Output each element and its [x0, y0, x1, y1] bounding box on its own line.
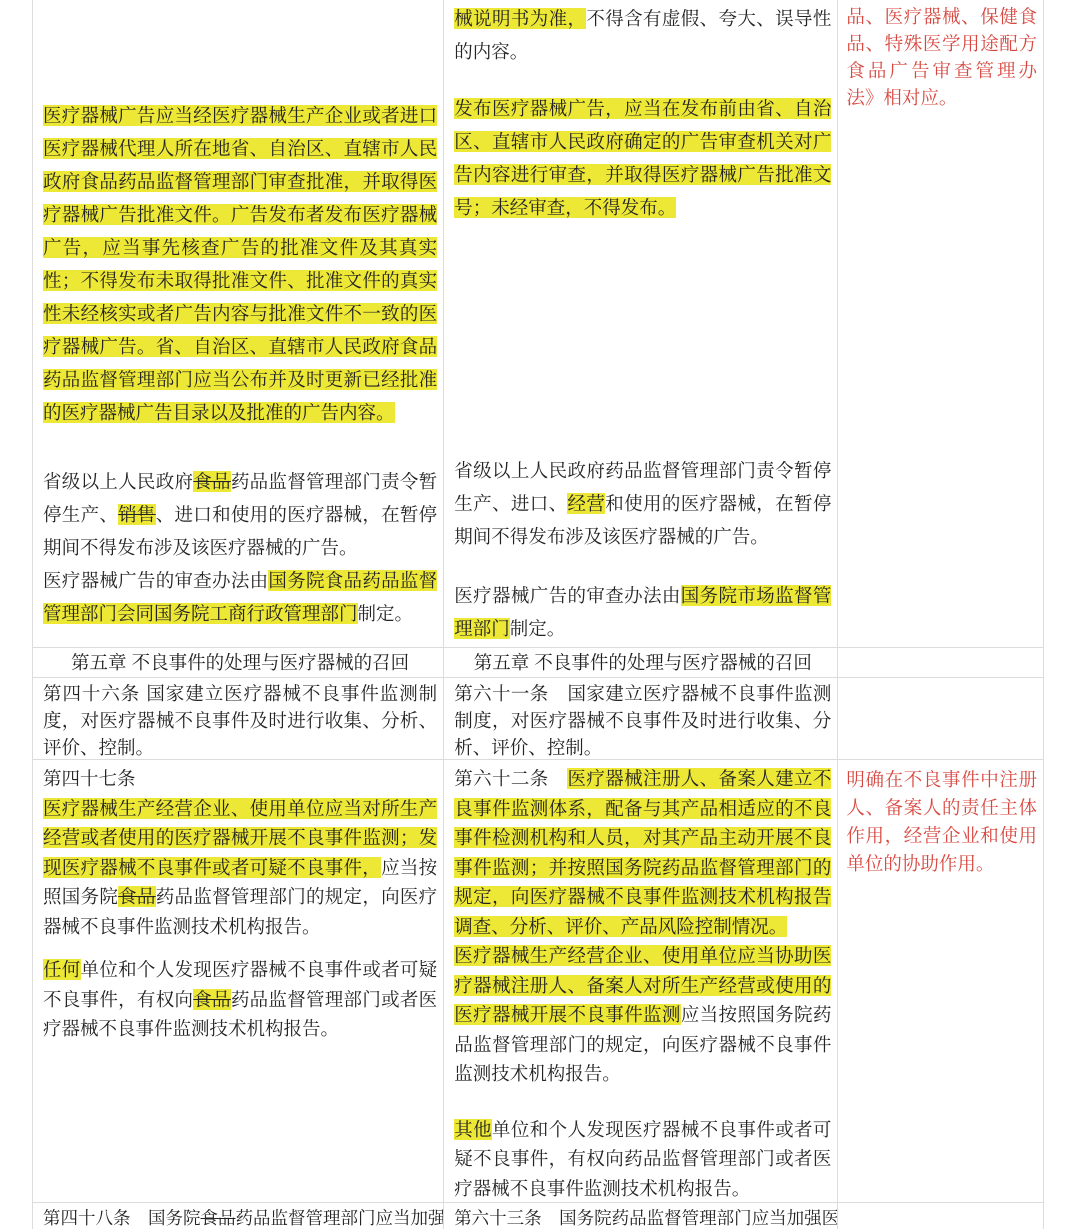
paragraph: 第五章 不良事件的处理与医疗器械的召回: [454, 649, 831, 676]
annotation-text: 明确在不良事件中注册人、备案人的责任主体作用，经营企业和使用单位的协助作用。: [846, 769, 1037, 874]
text-segment: 制定。: [358, 603, 414, 624]
text-segment: 第四十六条 国家建立医疗器械不良事件监测制度，对医疗器械不良事件及时进行收集、分…: [43, 683, 437, 758]
text-segment: 制定。: [510, 618, 566, 639]
cell-row-chapter-heading-old_law: 第五章 不良事件的处理与医疗器械的召回: [33, 648, 443, 677]
paragraph: 第六十一条 国家建立医疗器械不良事件监测制度，对医疗器械不良事件及时进行收集、分…: [454, 680, 831, 759]
paragraph: 医疗器械广告应当经医疗器械生产企业或者进口医疗器械代理人所在地省、自治区、直辖市…: [43, 99, 437, 429]
row-article-47-62: 第四十七条医疗器械生产经营企业、使用单位应当对所生产经营或者使用的医疗器械开展不…: [33, 760, 1043, 1203]
cell-row-article-48-63-old_law: 第四十八条 国务院食品药品监督管理部门应当加强: [33, 1203, 443, 1229]
highlighted-text: 发布医疗器械广告，应当在发布前由省、自治区、直辖市人民政府确定的广告审查机关对广…: [454, 98, 831, 218]
paragraph: 第五章 不良事件的处理与医疗器械的召回: [43, 649, 437, 676]
struck-text: 销售: [118, 504, 156, 525]
cell-row-article-47-62-comment: 明确在不良事件中注册人、备案人的责任主体作用，经营企业和使用单位的协助作用。: [837, 760, 1043, 1202]
cell-row-article-47-62-old_law: 第四十七条医疗器械生产经营企业、使用单位应当对所生产经营或者使用的医疗器械开展不…: [33, 760, 443, 1202]
row-article-46-61: 第四十六条 国家建立医疗器械不良事件监测制度，对医疗器械不良事件及时进行收集、分…: [33, 678, 1043, 760]
paragraph: 医疗器械广告的审查办法由国务院市场监督管理部门制定。: [454, 579, 831, 645]
highlighted-text: 械说明书为准，: [454, 8, 586, 29]
highlighted-text: 医疗器械广告应当经医疗器械生产企业或者进口医疗器械代理人所在地省、自治区、直辖市…: [43, 105, 437, 423]
paragraph: 第四十六条 国家建立医疗器械不良事件监测制度，对医疗器械不良事件及时进行收集、分…: [43, 680, 437, 759]
text-segment: 第五章 不良事件的处理与医疗器械的召回: [71, 652, 409, 673]
cell-row-article-46-61-new_law: 第六十一条 国家建立医疗器械不良事件监测制度，对医疗器械不良事件及时进行收集、分…: [443, 678, 837, 759]
paragraph: 其他单位和个人发现医疗器械不良事件或者可疑不良事件，有权向药品监督管理部门或者医…: [454, 1115, 831, 1203]
paragraph: 品、医疗器械、保健食品、特殊医学用途配方食品广告审查管理办法》相对应。: [846, 3, 1037, 111]
highlighted-text: 其他: [454, 1119, 492, 1140]
struck-text: 食品: [201, 1208, 236, 1228]
cell-row-article-48-63-new_law: 第六十三条 国务院药品监督管理部门应当加强医: [443, 1203, 837, 1229]
blank-space: [454, 553, 831, 579]
text-segment: 医疗器械广告的审查办法由: [43, 570, 268, 591]
text-segment: 第四十七条: [43, 768, 136, 789]
cell-row-chapter-heading-new_law: 第五章 不良事件的处理与医疗器械的召回: [443, 648, 837, 677]
blank-space: [43, 941, 437, 955]
text-segment: 第六十三条 国务院药品监督管理部门应当加强医: [454, 1208, 837, 1228]
highlighted-text: 经营: [567, 493, 605, 514]
paragraph: 械说明书为准，不得含有虚假、夸大、误导性的内容。: [454, 2, 831, 68]
comparison-table: 医疗器械广告应当经医疗器械生产企业或者进口医疗器械代理人所在地省、自治区、直辖市…: [32, 0, 1044, 1229]
row-advertising: 医疗器械广告应当经医疗器械生产企业或者进口医疗器械代理人所在地省、自治区、直辖市…: [33, 0, 1043, 648]
text-segment: 药品监督管理部门应当加强: [236, 1208, 444, 1228]
blank-space: [454, 1089, 831, 1115]
paragraph: 医疗器械生产经营企业、使用单位应当协助医疗器械注册人、备案人对所生产经营或使用的…: [454, 941, 831, 1089]
cell-row-advertising-old_law: 医疗器械广告应当经医疗器械生产企业或者进口医疗器械代理人所在地省、自治区、直辖市…: [33, 0, 443, 647]
paragraph: 第四十八条 国务院食品药品监督管理部门应当加强: [43, 1206, 437, 1229]
text-segment: 第六十一条 国家建立医疗器械不良事件监测制度，对医疗器械不良事件及时进行收集、分…: [454, 683, 831, 758]
paragraph: 省级以上人民政府食品药品监督管理部门责令暂停生产、销售、进口和使用的医疗器械，在…: [43, 465, 437, 564]
text-segment: 医疗器械广告的审查办法由: [454, 585, 681, 606]
blank-space: [43, 2, 437, 99]
paragraph: 任何单位和个人发现医疗器械不良事件或者可疑不良事件，有权向食品药品监督管理部门或…: [43, 955, 437, 1044]
paragraph: 第六十二条 医疗器械注册人、备案人建立不良事件监测体系，配备与其产品相适应的不良…: [454, 764, 831, 941]
struck-text: 食品: [193, 471, 231, 492]
blank-space: [454, 68, 831, 92]
highlighted-text: 医疗器械注册人、备案人建立不良事件监测体系，配备与其产品相适应的不良事件检测机构…: [454, 768, 831, 937]
paragraph: 医疗器械生产经营企业、使用单位应当对所生产经营或者使用的医疗器械开展不良事件监测…: [43, 794, 437, 942]
row-chapter-heading: 第五章 不良事件的处理与医疗器械的召回第五章 不良事件的处理与医疗器械的召回: [33, 648, 1043, 678]
row-article-48-63: 第四十八条 国务院食品药品监督管理部门应当加强第六十三条 国务院药品监督管理部门…: [33, 1203, 1043, 1229]
paragraph: 第四十七条: [43, 764, 437, 794]
cell-row-article-46-61-comment: [837, 678, 1043, 759]
blank-space: [43, 429, 437, 465]
struck-text: 食品: [193, 989, 231, 1010]
blank-space: [454, 224, 831, 454]
cell-row-article-48-63-comment: [837, 1203, 1043, 1229]
text-segment: 第五章 不良事件的处理与医疗器械的召回: [474, 652, 812, 673]
cell-row-advertising-comment: 品、医疗器械、保健食品、特殊医学用途配方食品广告审查管理办法》相对应。: [837, 0, 1043, 647]
text-segment: 第六十二条: [454, 768, 567, 789]
annotation-text: 品、医疗器械、保健食品、特殊医学用途配方食品广告审查管理办法》相对应。: [846, 6, 1037, 108]
text-segment: 省级以上人民政府: [43, 471, 193, 492]
text-segment: 第四十八条 国务院: [43, 1208, 201, 1228]
paragraph: 发布医疗器械广告，应当在发布前由省、自治区、直辖市人民政府确定的广告审查机关对广…: [454, 92, 831, 224]
paragraph: 明确在不良事件中注册人、备案人的责任主体作用，经营企业和使用单位的协助作用。: [846, 766, 1037, 878]
paragraph: 医疗器械广告的审查办法由国务院食品药品监督管理部门会同国务院工商行政管理部门制定…: [43, 564, 437, 630]
highlighted-text: 任何: [43, 959, 81, 980]
cell-row-advertising-new_law: 械说明书为准，不得含有虚假、夸大、误导性的内容。发布医疗器械广告，应当在发布前由…: [443, 0, 837, 647]
cell-row-article-47-62-new_law: 第六十二条 医疗器械注册人、备案人建立不良事件监测体系，配备与其产品相适应的不良…: [443, 760, 837, 1202]
cell-row-article-46-61-old_law: 第四十六条 国家建立医疗器械不良事件监测制度，对医疗器械不良事件及时进行收集、分…: [33, 678, 443, 759]
paragraph: 第六十三条 国务院药品监督管理部门应当加强医: [454, 1206, 831, 1229]
text-segment: 单位和个人发现医疗器械不良事件或者可疑不良事件，有权向药品监督管理部门或者医疗器…: [454, 1119, 831, 1199]
highlighted-text: 医疗器械生产经营企业、使用单位应当对所生产经营或者使用的医疗器械开展不良事件监测…: [43, 798, 437, 878]
struck-text: 食品: [118, 886, 156, 907]
paragraph: 省级以上人民政府药品监督管理部门责令暂停生产、进口、经营和使用的医疗器械，在暂停…: [454, 454, 831, 553]
cell-row-chapter-heading-comment: [837, 648, 1043, 677]
